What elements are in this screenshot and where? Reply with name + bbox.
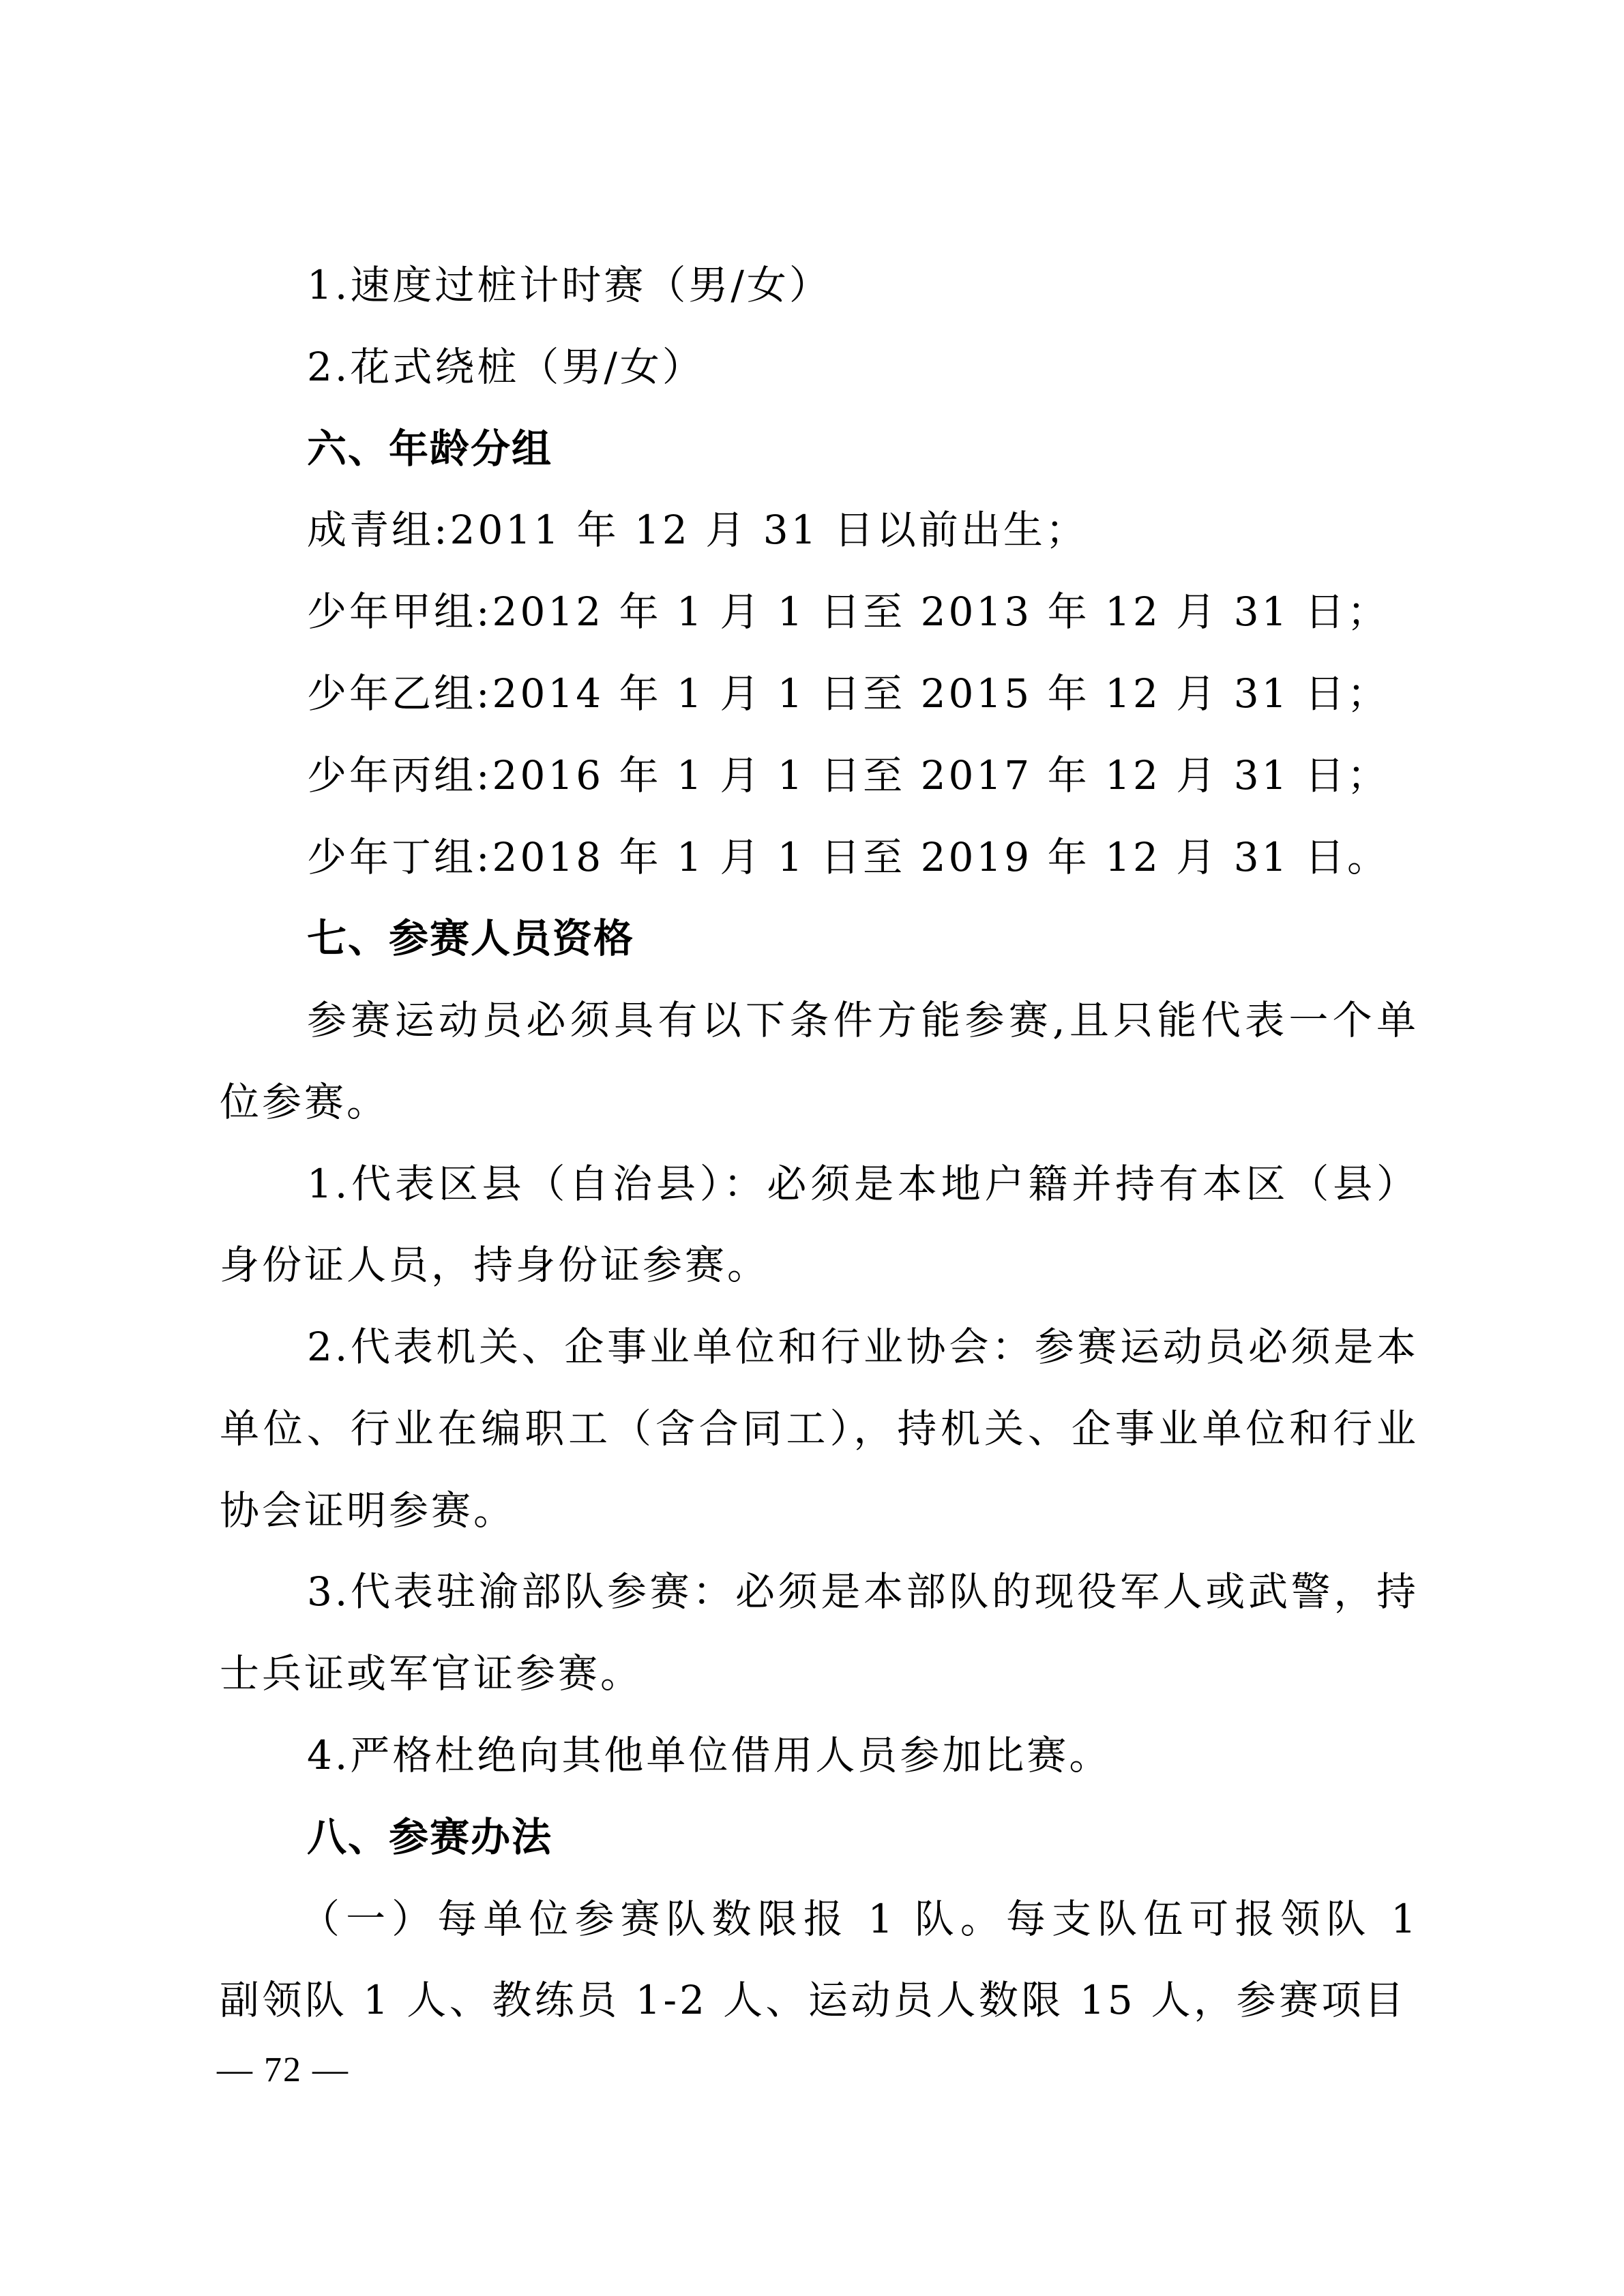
section-heading-eligibility: 七、参赛人员资格 bbox=[307, 897, 634, 979]
participation-rule-1-line-1: （一）每单位参赛队数限报 1 队。每支队伍可报领队 1 人、 bbox=[300, 1878, 1419, 1960]
eligibility-rule-1-line-1: 1.代表区县（自治县）：必须是本地户籍并持有本区（县） bbox=[307, 1143, 1419, 1225]
eligibility-rule-2-line-1: 2.代表机关、企事业单位和行业协会：参赛运动员必须是本 bbox=[307, 1306, 1419, 1388]
eligibility-rule-3-line-1: 3.代表驻渝部队参赛：必须是本部队的现役军人或武警，持 bbox=[307, 1551, 1419, 1632]
age-group-junior-d: 少年丁组:2018 年 1 月 1 日至 2019 年 12 月 31 日。 bbox=[307, 816, 1389, 898]
section-heading-age-groups: 六、年龄分组 bbox=[307, 408, 552, 490]
page-number: — 72 — bbox=[217, 2043, 349, 2098]
eligibility-rule-2-line-3: 协会证明参赛。 bbox=[220, 1470, 516, 1551]
age-group-junior-a: 少年甲组:2012 年 1 月 1 日至 2013 年 12 月 31 日； bbox=[307, 571, 1389, 653]
eligibility-intro-line-1: 参赛运动员必须具有以下条件方能参赛,且只能代表一个单 bbox=[307, 979, 1419, 1061]
age-group-adult-youth: 成青组:2011 年 12 月 31 日以前出生； bbox=[307, 489, 1088, 571]
participation-rule-1-line-2: 副领队 1 人、教练员 1-2 人、运动员人数限 15 人，参赛项目数 bbox=[220, 1959, 1406, 2041]
age-group-junior-c: 少年丙组:2016 年 1 月 1 日至 2017 年 12 月 31 日； bbox=[307, 734, 1389, 816]
eligibility-rule-3-line-2: 士兵证或军官证参赛。 bbox=[220, 1632, 643, 1714]
event-item-speed-slalom: 1.速度过桩计时赛（男/女） bbox=[307, 244, 831, 326]
eligibility-rule-2-line-2: 单位、行业在编职工（含合同工），持机关、企事业单位和行业 bbox=[220, 1388, 1419, 1470]
eligibility-rule-4: 4.严格杜绝向其他单位借用人员参加比赛。 bbox=[307, 1714, 1111, 1796]
age-group-junior-b: 少年乙组:2014 年 1 月 1 日至 2015 年 12 月 31 日； bbox=[307, 653, 1389, 734]
eligibility-rule-1-line-2: 身份证人员，持身份证参赛。 bbox=[220, 1224, 769, 1306]
event-item-freestyle-slalom: 2.花式绕桩（男/女） bbox=[307, 326, 705, 408]
document-page: 1.速度过桩计时赛（男/女） 2.花式绕桩（男/女） 六、年龄分组 成青组:20… bbox=[0, 0, 1624, 2296]
eligibility-intro-line-2: 位参赛。 bbox=[220, 1061, 389, 1143]
section-heading-participation: 八、参赛办法 bbox=[307, 1796, 552, 1878]
